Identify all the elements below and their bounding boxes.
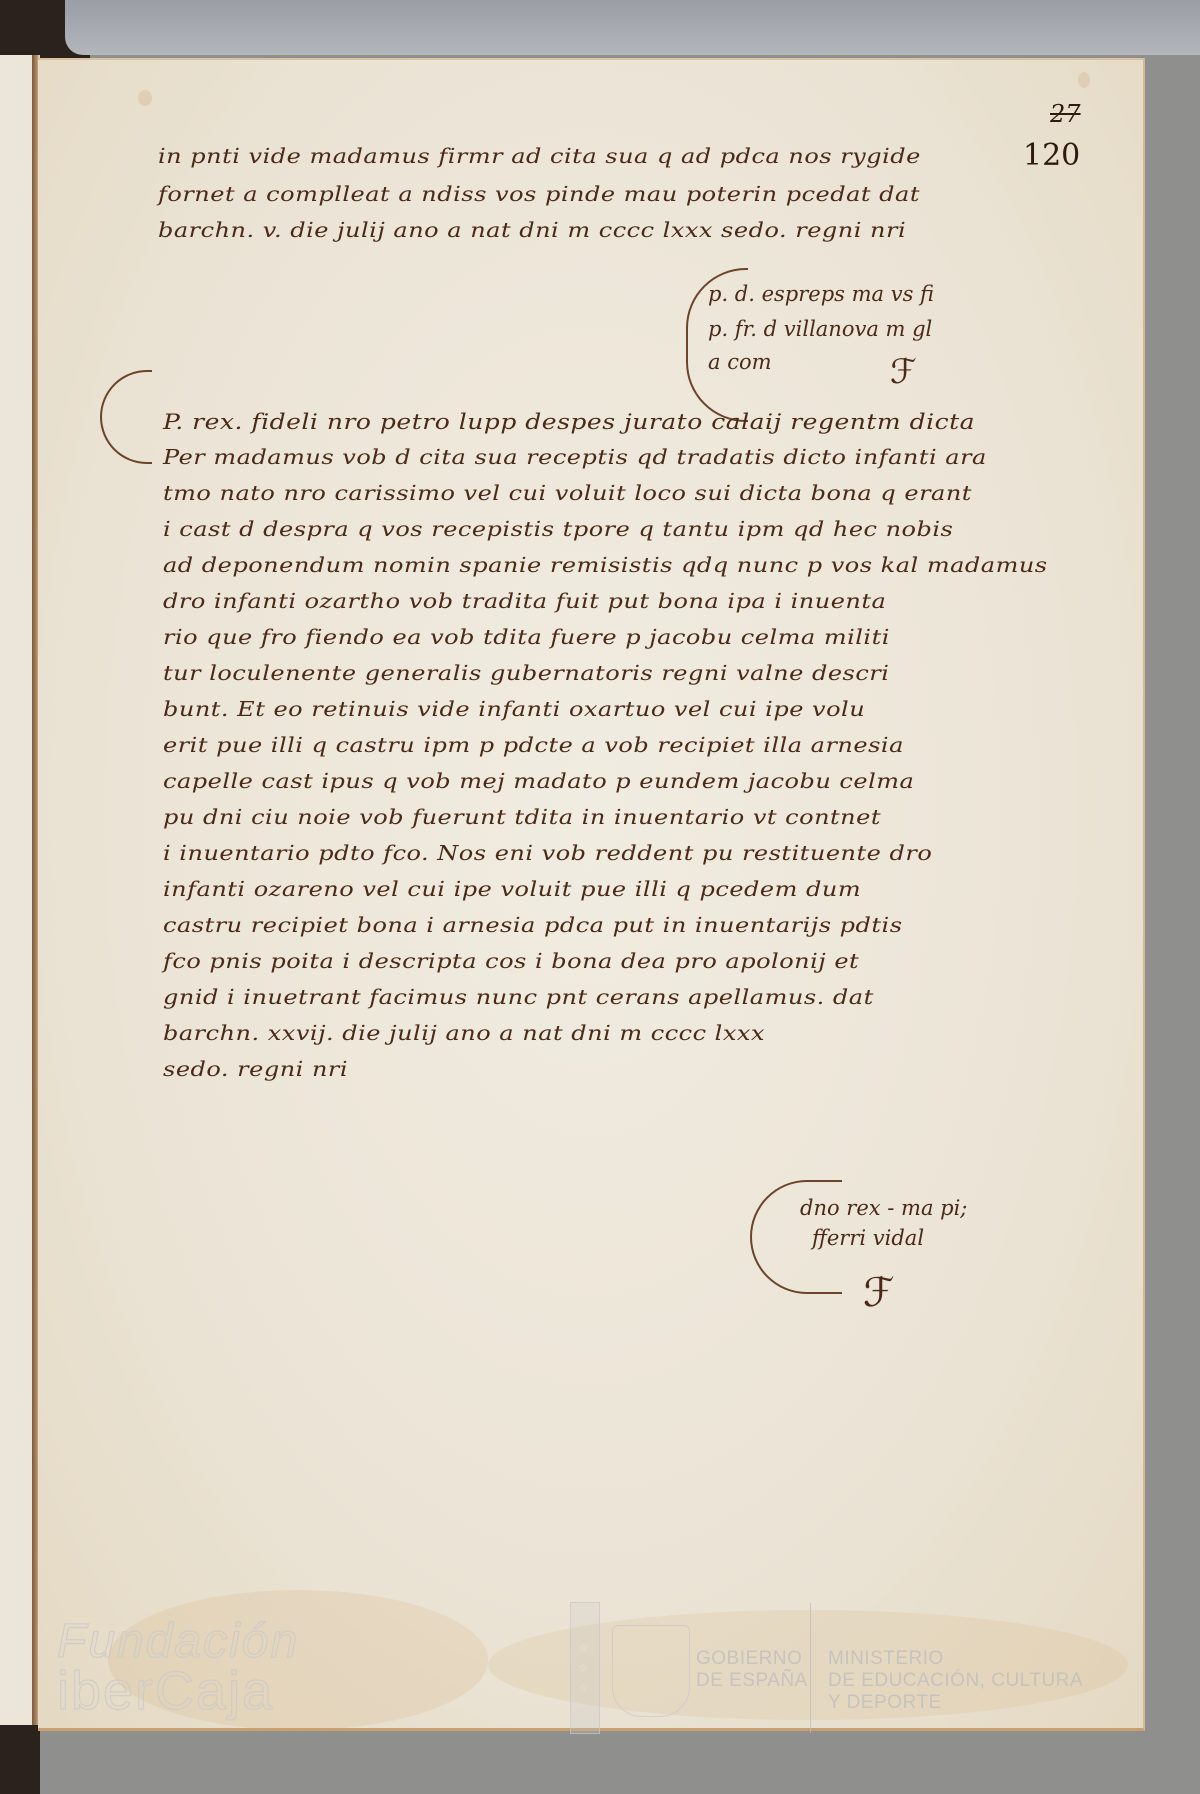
- star-icon: ☆: [579, 1683, 588, 1694]
- manuscript-line: tur loculenente generalis gubernatoris r…: [163, 661, 889, 685]
- manuscript-line: dro infanti ozartho vob tradita fuit put…: [163, 589, 886, 613]
- old-folio-number: 27: [1050, 100, 1081, 128]
- manuscript-line: fornet a complleat a ndiss vos pinde mau…: [158, 182, 920, 206]
- manuscript-line: ad deponendum nomin spanie remisistis qd…: [163, 553, 1048, 577]
- stain: [1078, 72, 1090, 88]
- ministry-line: DE EDUCACIÓN, CULTURA: [828, 1670, 1083, 1692]
- manuscript-line: pu dni ciu noie vob fuerunt tdita in inu…: [163, 805, 881, 829]
- folio-number: 120: [1023, 138, 1080, 173]
- manuscript-line: sedo. regni nri: [163, 1057, 348, 1081]
- manuscript-line: gnid i inuetrant facimus nunc pnt cerans…: [163, 985, 874, 1009]
- manuscript-line: i cast d despra q vos recepistis tpore q…: [163, 517, 953, 541]
- manuscript-page: 27 120 in pnti vide madamus firmr ad cit…: [38, 58, 1145, 1731]
- facing-page-edge: [0, 55, 34, 1725]
- manuscript-line: Per madamus vob d cita sua receptis qd t…: [163, 445, 987, 469]
- manuscript-line: i inuentario pdto fco. Nos eni vob redde…: [163, 841, 932, 865]
- margin-note-line: a com: [708, 350, 772, 374]
- binding-shadow-bottom: [0, 1720, 40, 1794]
- manuscript-line: capelle cast ipus q vob mej madato p eun…: [163, 769, 914, 793]
- manuscript-line: P. rex. fideli nro petro lupp despes jur…: [163, 409, 975, 434]
- manuscript-line: barchn. v. die julij ano a nat dni m ccc…: [158, 218, 906, 242]
- margin-note-line: p. d. espreps ma vs fi: [708, 282, 934, 306]
- manuscript-line: in pnti vide madamus firmr ad cita sua q…: [158, 144, 921, 168]
- government-line: GOBIERNO: [696, 1648, 808, 1670]
- manuscript-line: rio que fro fiendo ea vob tdita fuere p …: [163, 625, 890, 649]
- manuscript-line: infanti ozareno vel cui ipe voluit pue i…: [163, 877, 861, 901]
- star-icon: ☆: [579, 1643, 588, 1654]
- manuscript-line: barchn. xxvij. die julij ano a nat dni m…: [163, 1021, 765, 1045]
- margin-note-line: p. fr. d villanova m gl: [708, 317, 932, 341]
- foundation-watermark-line2: iberCaja: [57, 1660, 274, 1722]
- initial-flourish: [100, 370, 152, 464]
- flag-bar: ☆ ☆ ☆: [570, 1602, 600, 1734]
- manuscript-line: bunt. Et eo retinuis vide infanti oxartu…: [163, 697, 865, 721]
- government-watermark: GOBIERNO DE ESPAÑA: [696, 1648, 808, 1692]
- ministry-line: MINISTERIO: [828, 1648, 1083, 1670]
- government-line: DE ESPAÑA: [696, 1670, 808, 1692]
- manuscript-line: castru recipiet bona i arnesia pdca put …: [163, 913, 903, 937]
- signature-line: fferri vidal: [812, 1226, 924, 1250]
- paraph-mark: ℱ: [863, 1270, 894, 1316]
- paraph-mark: ℱ: [890, 352, 917, 392]
- stain: [138, 90, 152, 106]
- scan-background-top: [65, 0, 1200, 55]
- signature-line: dno rex - ma pi;: [800, 1196, 967, 1220]
- manuscript-line: fco pnis poita i descripta cos i bona de…: [163, 949, 859, 973]
- coat-of-arms-icon: [612, 1625, 690, 1717]
- ministry-line: Y DEPORTE: [828, 1692, 1083, 1714]
- manuscript-line: tmo nato nro carissimo vel cui voluit lo…: [163, 481, 972, 505]
- manuscript-line: erit pue illi q castru ipm p pdcte a vob…: [163, 733, 904, 757]
- ministry-watermark: MINISTERIO DE EDUCACIÓN, CULTURA Y DEPOR…: [828, 1648, 1083, 1714]
- watermark-divider: [810, 1603, 811, 1733]
- star-icon: ☆: [579, 1663, 588, 1674]
